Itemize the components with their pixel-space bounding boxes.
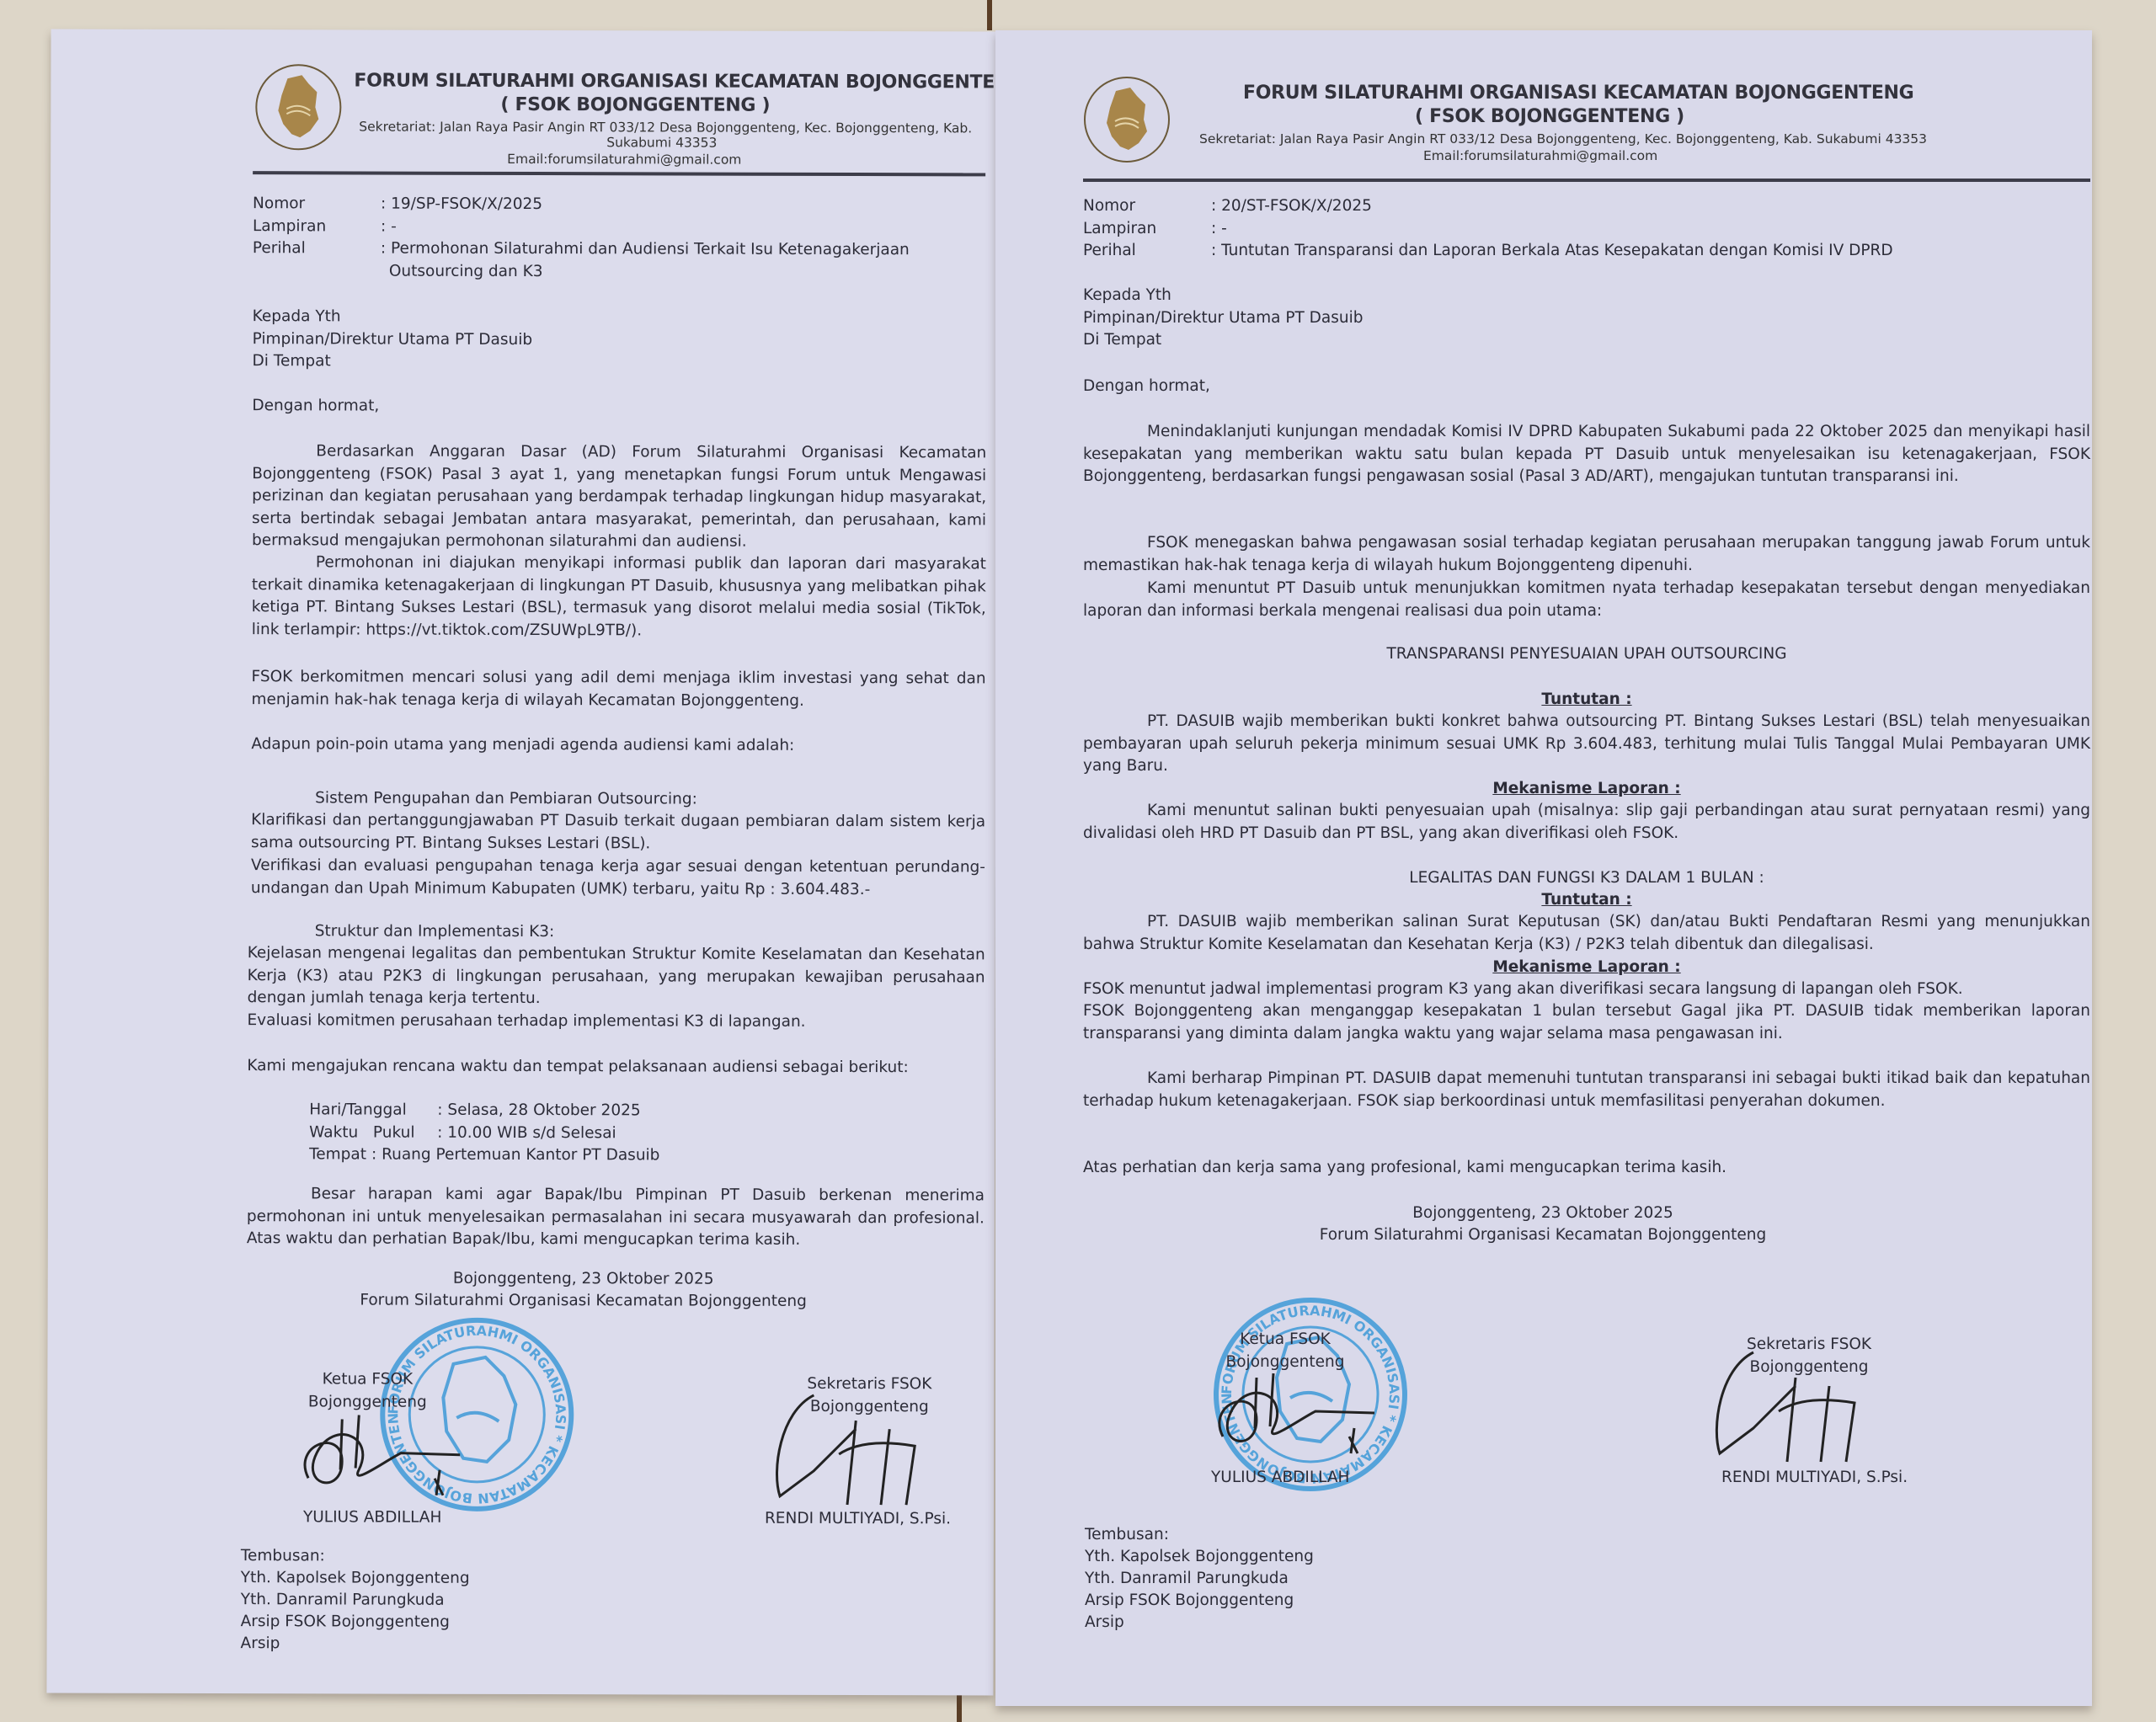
mechanism-label: Mekanisme Laporan : bbox=[1083, 778, 2090, 801]
signature-chairman bbox=[291, 1410, 494, 1504]
letter-meta: Nomor: 20/ST-FSOK/X/2025 Lampiran: - Per… bbox=[1083, 195, 2077, 263]
agenda-1-item: Verifikasi dan evaluasi pengupahan tenag… bbox=[251, 855, 985, 901]
signature-secretary bbox=[1703, 1335, 1905, 1470]
paragraph: Kami menuntut PT Dasuib untuk menunjukka… bbox=[1083, 578, 2090, 622]
section-1-demand: PT. DASUIB wajib memberikan bukti konkre… bbox=[1083, 711, 2090, 778]
signer-1-name: YULIUS ABDILLAH bbox=[303, 1506, 442, 1529]
org-address: Sekretariat: Jalan Raya Pasir Angin RT 0… bbox=[359, 119, 972, 136]
closing-paragraph: Besar harapan kami agar Bapak/Ibu Pimpin… bbox=[247, 1183, 985, 1252]
agenda-2-item: Kejelasan mengenai legalitas dan pembent… bbox=[248, 942, 985, 1011]
cc-block: Tembusan: Yth. Kapolsek Bojonggenteng Yt… bbox=[241, 1545, 470, 1655]
letter-right: FORUM SILATURAHMI ORGANISASI KECAMATAN B… bbox=[995, 30, 2092, 1706]
cc-block: Tembusan: Yth. Kapolsek Bojonggenteng Yt… bbox=[1085, 1524, 1314, 1634]
demand-label: Tuntutan : bbox=[1083, 889, 2090, 912]
mechanism-label: Mekanisme Laporan : bbox=[1083, 957, 2090, 979]
org-abbr: ( FSOK BOJONGGENTENG ) bbox=[500, 94, 770, 116]
agenda-1-title: Sistem Pengupahan dan Pembiaran Outsourc… bbox=[315, 787, 697, 811]
paragraph: Berdasarkan Anggaran Dasar (AD) Forum Si… bbox=[252, 440, 986, 554]
signer-1-title: Ketua FSOK Bojonggenteng bbox=[300, 1368, 435, 1413]
schedule-block: Hari/Tanggal: Selasa, 28 Oktober 2025 Wa… bbox=[309, 1099, 660, 1167]
greeting: Dengan hormat, bbox=[1083, 376, 1210, 398]
agenda-intro: Adapun poin-poin utama yang menjadi agen… bbox=[251, 733, 794, 757]
agenda-1-item: Klarifikasi dan pertanggungjawaban PT Da… bbox=[251, 809, 985, 856]
place-date: Bojonggenteng, 23 Oktober 2025 bbox=[1164, 1202, 1922, 1225]
section-1-title: TRANSPARANSI PENYESUAIAN UPAH OUTSOURCIN… bbox=[1083, 643, 2090, 666]
agenda-2-title: Struktur dan Implementasi K3: bbox=[315, 920, 555, 943]
signer-1-name: YULIUS ABDILLAH bbox=[1211, 1467, 1349, 1490]
recipient-block: Kepada Yth Pimpinan/Direktur Utama PT Da… bbox=[253, 306, 533, 373]
org-signature-line: Forum Silaturahmi Organisasi Kecamatan B… bbox=[247, 1289, 921, 1314]
demand-label: Tuntutan : bbox=[1083, 689, 2090, 712]
closing-paragraph: Atas perhatian dan kerja sama yang profe… bbox=[1083, 1157, 1726, 1180]
org-signature-line: Forum Silaturahmi Organisasi Kecamatan B… bbox=[1164, 1224, 1922, 1247]
section-1-mechanism: Kami menuntut salinan bukti penyesuaian … bbox=[1083, 800, 2090, 845]
signer-2-name: RENDI MULTIYADI, S.Psi. bbox=[1721, 1467, 1908, 1490]
org-name: FORUM SILATURAHMI ORGANISASI KECAMATAN B… bbox=[1243, 83, 1913, 104]
letter-left: FORUM SILATURAHMI ORGANISASI KECAMATAN B… bbox=[46, 29, 997, 1696]
place-date: Bojonggenteng, 23 Oktober 2025 bbox=[247, 1267, 921, 1292]
org-email: Email:forumsilaturahmi@gmail.com bbox=[1423, 148, 1657, 163]
paragraph: FSOK berkomitmen mencari solusi yang adi… bbox=[251, 666, 985, 712]
signature-chairman bbox=[1206, 1369, 1408, 1462]
recipient-block: Kepada Yth Pimpinan/Direktur Utama PT Da… bbox=[1083, 285, 1364, 352]
section-2-mechanism: FSOK menuntut jadwal implementasi progra… bbox=[1083, 978, 1963, 1001]
signature-secretary bbox=[763, 1378, 965, 1514]
greeting: Dengan hormat, bbox=[252, 395, 379, 418]
agenda-2-item: Evaluasi komitmen perusahaan terhadap im… bbox=[247, 1010, 805, 1033]
paragraph: FSOK menegaskan bahwa pengawasan sosial … bbox=[1083, 532, 2090, 577]
wall-crack-top bbox=[987, 0, 992, 30]
org-email: Email:forumsilaturahmi@gmail.com bbox=[507, 152, 741, 168]
letterhead-divider bbox=[253, 171, 985, 176]
paragraph: Menindaklanjuti kunjungan mendadak Komis… bbox=[1083, 421, 2090, 488]
letter-meta: Nomor: 19/SP-FSOK/X/2025 Lampiran: - Per… bbox=[253, 193, 977, 284]
org-address-line2: Sukabumi 43353 bbox=[606, 135, 717, 150]
org-address: Sekretariat: Jalan Raya Pasir Angin RT 0… bbox=[1199, 131, 1927, 147]
fsok-emblem-icon bbox=[249, 58, 347, 156]
section-2-title: LEGALITAS DAN FUNGSI K3 DALAM 1 BULAN : bbox=[1083, 867, 2090, 890]
schedule-intro: Kami mengajukan rencana waktu dan tempat… bbox=[247, 1055, 908, 1080]
wall-crack-bottom bbox=[957, 1694, 962, 1722]
fsok-emblem-icon bbox=[1078, 71, 1176, 168]
paragraph: Permohonan ini diajukan menyikapi inform… bbox=[252, 552, 986, 642]
signer-2-name: RENDI MULTIYADI, S.Psi. bbox=[765, 1508, 951, 1531]
org-abbr: ( FSOK BOJONGGENTENG ) bbox=[1415, 106, 1684, 127]
paragraph: Kami berharap Pimpinan PT. DASUIB dapat … bbox=[1083, 1068, 2090, 1112]
section-2-demand: PT. DASUIB wajib memberikan salinan Sura… bbox=[1083, 911, 2090, 956]
org-name: FORUM SILATURAHMI ORGANISASI KECAMATAN B… bbox=[354, 70, 1024, 93]
signer-1-title: Ketua FSOK Bojonggenteng bbox=[1218, 1329, 1353, 1373]
section-2-mechanism: FSOK Bojonggenteng akan menganggap kesep… bbox=[1083, 1000, 2090, 1045]
letterhead-divider bbox=[1083, 179, 2090, 182]
